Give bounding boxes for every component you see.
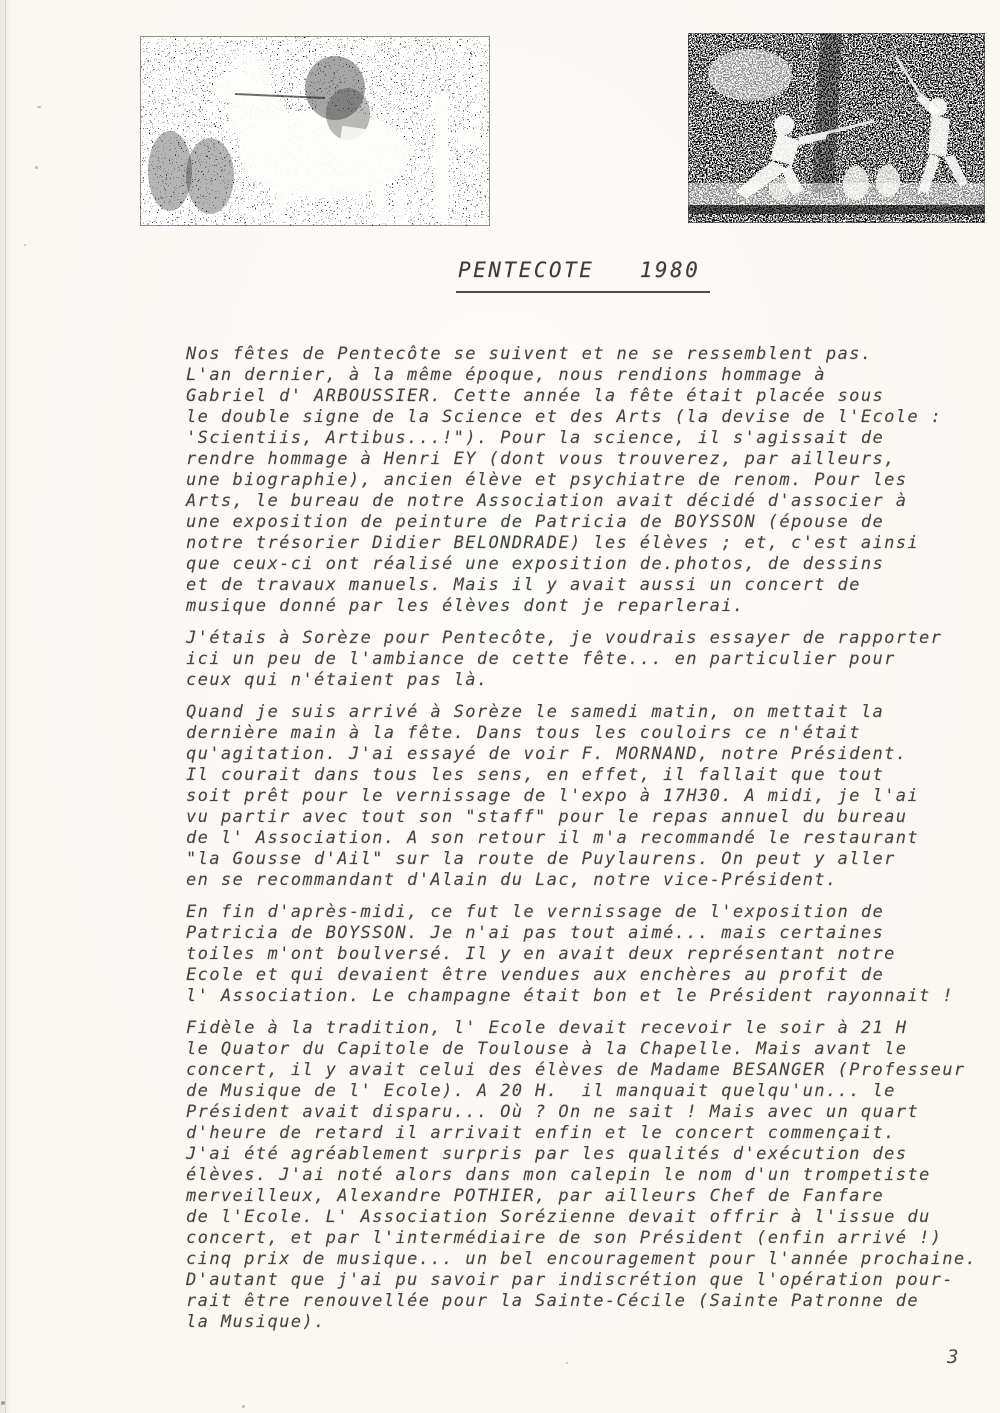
document-page: PENTECOTE 1980 Nos fêtes de Pentecôte se… [0,0,1000,1413]
scan-speck [37,106,41,108]
paragraph-4: En fin d'après-midi, ce fut le vernissag… [186,902,992,1007]
horse-jumping-photo [140,36,490,226]
scan-speck [566,1362,568,1364]
page-number: 3 [947,1346,958,1368]
paragraph-1: Nos fêtes de Pentecôte se suivent et ne … [186,344,992,617]
scan-speck [24,244,26,246]
scan-speck [242,1405,245,1408]
paragraph-3: Quand je suis arrivé à Sorèze le samedi … [186,702,992,891]
paragraph-5: Fidèle à la tradition, l' Ecole devait r… [186,1018,992,1333]
scan-speck [35,166,38,169]
paragraph-2: J'étais à Sorèze pour Pentecôte, je voud… [186,628,992,691]
page-title: PENTECOTE 1980 [456,258,710,293]
scan-speck [1,1401,5,1405]
scan-edge-line [5,0,6,1413]
article-body: Nos fêtes de Pentecôte se suivent et ne … [186,344,992,1344]
fencing-photo [688,33,985,223]
scan-edge-shadow [0,0,12,1413]
